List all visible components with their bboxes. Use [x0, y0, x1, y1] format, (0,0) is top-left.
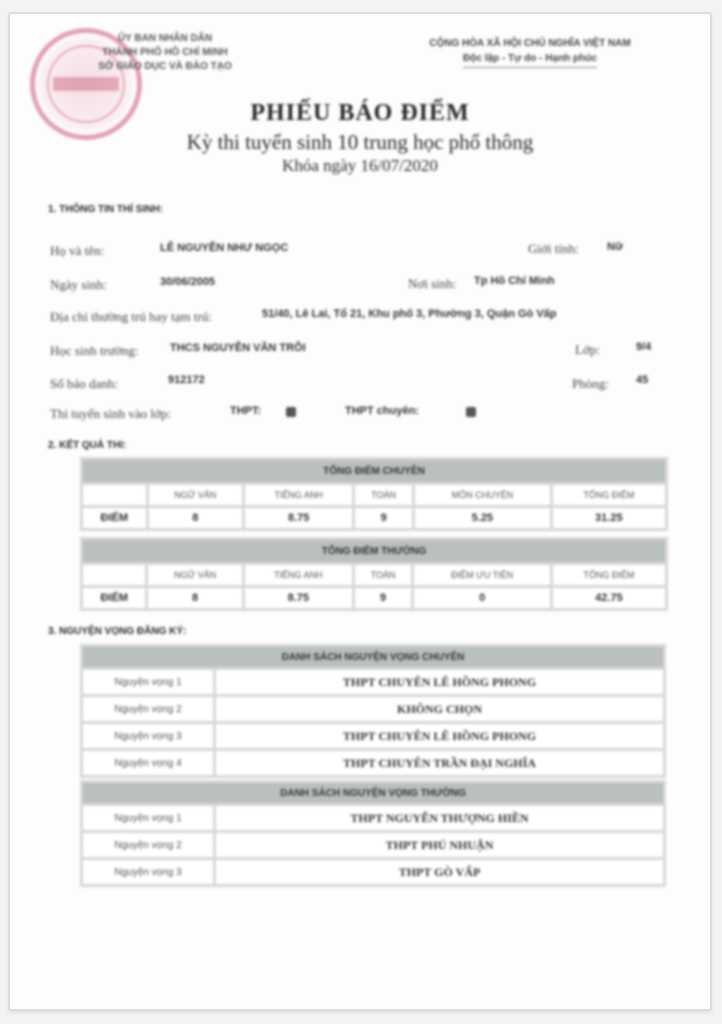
org-line: SỞ GIÁO DỤC VÀ ĐÀO TẠO	[60, 60, 270, 74]
address-value: 51/40, Lê Lai, Tổ 21, Khu phố 3, Phường …	[262, 308, 557, 320]
wish-school-name: THPT PHÚ NHUẬN	[216, 833, 663, 857]
wish-row: Nguyện vọng 4THPT CHUYÊN TRẦN ĐẠI NGHĨA	[83, 751, 663, 775]
org-line: ỦY BAN NHÂN DÂN	[60, 32, 270, 46]
score-value: 31.25	[553, 508, 665, 528]
score-column-header: TỔNG ĐIỂM	[553, 485, 665, 505]
section-candidate-info-heading: 1. THÔNG TIN THÍ SINH:	[48, 204, 163, 215]
score-value: 8	[148, 588, 241, 608]
wish-school-name: THPT NGUYỄN THƯỢNG HIỀN	[216, 806, 663, 830]
fullname-value: LÊ NGUYỄN NHƯ NGỌC	[160, 242, 288, 254]
section-results-heading: 2. KẾT QUẢ THI:	[48, 440, 126, 451]
class-value: 9/4	[636, 341, 651, 353]
school-value: THCS NGUYỄN VĂN TRỖI	[170, 342, 306, 354]
wish-row: Nguyện vọng 1THPT CHUYÊN LÊ HỒNG PHONG	[83, 670, 663, 694]
score-header-row: NGỮ VĂNTIẾNG ANHTOÁNMÔN CHUYÊNTỔNG ĐIỂM	[83, 485, 665, 505]
wish-school-name: THPT CHUYÊN TRẦN ĐẠI NGHĨA	[216, 751, 663, 775]
wish-rank-label: Nguyện vọng 2	[83, 697, 213, 721]
page-title: PHIẾU BÁO ĐIỂM	[100, 100, 620, 127]
fullname-label: Họ và tên:	[50, 243, 104, 259]
specialized-wishes-table: DANH SÁCH NGUYỆN VỌNG CHUYÊNNguyện vọng …	[80, 644, 666, 778]
score-row-label: ĐIỂM	[83, 508, 146, 528]
wish-row: Nguyện vọng 2THPT PHÚ NHUẬN	[83, 833, 663, 857]
candidate-id-label: Số báo danh:	[50, 376, 118, 392]
wish-table-title: DANH SÁCH NGUYỆN VỌNG CHUYÊN	[83, 647, 663, 667]
score-value: 5.25	[415, 508, 550, 528]
score-header-row: NGỮ VĂNTIẾNG ANHTOÁNĐIỂM ƯU TIÊNTỔNG ĐIỂ…	[83, 565, 665, 585]
exam-date: Khóa ngày 16/07/2020	[100, 156, 620, 176]
score-column-header: ĐIỂM ƯU TIÊN	[414, 565, 549, 585]
score-column-header: MÔN CHUYÊN	[415, 485, 550, 505]
wish-school-name: THPT GÒ VẤP	[216, 860, 663, 884]
score-row: ĐIỂM88.7595.2531.25	[83, 508, 665, 528]
section-wishes-heading: 3. NGUYỆN VỌNG ĐĂNG KÝ:	[48, 626, 186, 637]
score-value: 8	[149, 508, 243, 528]
dob-value: 30/06/2005	[160, 276, 215, 288]
score-row: ĐIỂM88.759042.75	[83, 588, 665, 608]
score-value: 42.75	[553, 588, 665, 608]
score-column-header: TỔNG ĐIỂM	[553, 565, 665, 585]
wish-row: Nguyện vọng 2KHÔNG CHỌN	[83, 697, 663, 721]
score-value: 9	[355, 508, 412, 528]
room-label: Phòng:	[572, 376, 609, 392]
score-value: 8.75	[245, 588, 352, 608]
score-column-header: TIẾNG ANH	[245, 565, 352, 585]
gender-label: Giới tính:	[528, 241, 579, 257]
wish-school-name: KHÔNG CHỌN	[216, 697, 663, 721]
org-line: THÀNH PHỐ HỒ CHÍ MINH	[60, 46, 270, 60]
score-table-title: TỔNG ĐIỂM CHUYÊN	[83, 460, 665, 482]
regular-wishes-table: DANH SÁCH NGUYỆN VỌNG THƯỜNGNguyện vọng …	[80, 780, 666, 887]
score-table-title: TỔNG ĐIỂM THƯỜNG	[83, 540, 665, 562]
score-value: 0	[414, 588, 549, 608]
birthplace-label: Nơi sinh:	[408, 276, 456, 292]
gender-value: Nữ	[607, 241, 623, 253]
score-column-header: TOÁN	[355, 565, 412, 585]
class-label: Lớp:	[575, 342, 600, 358]
specialized-score-table: TỔNG ĐIỂM CHUYÊNNGỮ VĂNTIẾNG ANHTOÁNMÔN …	[80, 457, 668, 531]
apply-option-specialized-checkbox	[466, 407, 476, 417]
wish-rank-label: Nguyện vọng 3	[83, 860, 213, 884]
candidate-id-value: 912172	[168, 374, 205, 386]
apply-option-specialized-label: THPT chuyên:	[345, 405, 419, 417]
wish-rank-label: Nguyện vọng 1	[83, 806, 213, 830]
score-column-header: NGỮ VĂN	[149, 485, 243, 505]
issuing-organization: ỦY BAN NHÂN DÂN THÀNH PHỐ HỒ CHÍ MINH SỞ…	[60, 32, 270, 74]
score-column-header: TOÁN	[355, 485, 412, 505]
score-row-label: ĐIỂM	[83, 588, 145, 608]
wish-rank-label: Nguyện vọng 3	[83, 724, 213, 748]
score-column-header	[83, 485, 146, 505]
school-label: Học sinh trường:	[50, 343, 138, 359]
national-header: CỘNG HÒA XÃ HỘI CHỦ NGHĨA VIỆT NAM Độc l…	[370, 36, 690, 68]
exam-name: Kỳ thi tuyển sinh 10 trung học phổ thông	[100, 130, 620, 155]
national-motto: Độc lập - Tự do - Hạnh phúc	[463, 51, 597, 68]
wish-rank-label: Nguyện vọng 2	[83, 833, 213, 857]
wish-rank-label: Nguyện vọng 1	[83, 670, 213, 694]
dob-label: Ngày sinh:	[50, 277, 107, 293]
apply-level-label: Thi tuyển sinh vào lớp:	[50, 406, 171, 422]
wish-school-name: THPT CHUYÊN LÊ HỒNG PHONG	[216, 724, 663, 748]
apply-option-thpt-label: THPT:	[230, 405, 261, 417]
score-column-header: TIẾNG ANH	[245, 485, 352, 505]
wish-row: Nguyện vọng 1THPT NGUYỄN THƯỢNG HIỀN	[83, 806, 663, 830]
score-column-header: NGỮ VĂN	[148, 565, 241, 585]
room-value: 45	[636, 374, 648, 386]
wish-row: Nguyện vọng 3THPT CHUYÊN LÊ HỒNG PHONG	[83, 724, 663, 748]
score-column-header	[83, 565, 145, 585]
wish-table-title: DANH SÁCH NGUYỆN VỌNG THƯỜNG	[83, 783, 663, 803]
stamp-band	[53, 77, 119, 91]
score-value: 9	[355, 588, 412, 608]
address-label: Địa chỉ thường trú hay tạm trú:	[50, 309, 212, 325]
score-value: 8.75	[245, 508, 352, 528]
nation-line: CỘNG HÒA XÃ HỘI CHỦ NGHĨA VIỆT NAM	[370, 36, 690, 51]
birthplace-value: Tp Hồ Chí Minh	[474, 275, 555, 287]
regular-score-table: TỔNG ĐIỂM THƯỜNGNGỮ VĂNTIẾNG ANHTOÁNĐIỂM…	[80, 537, 668, 611]
wish-school-name: THPT CHUYÊN LÊ HỒNG PHONG	[216, 670, 663, 694]
apply-option-thpt-checkbox	[286, 407, 296, 417]
wish-row: Nguyện vọng 3THPT GÒ VẤP	[83, 860, 663, 884]
wish-rank-label: Nguyện vọng 4	[83, 751, 213, 775]
